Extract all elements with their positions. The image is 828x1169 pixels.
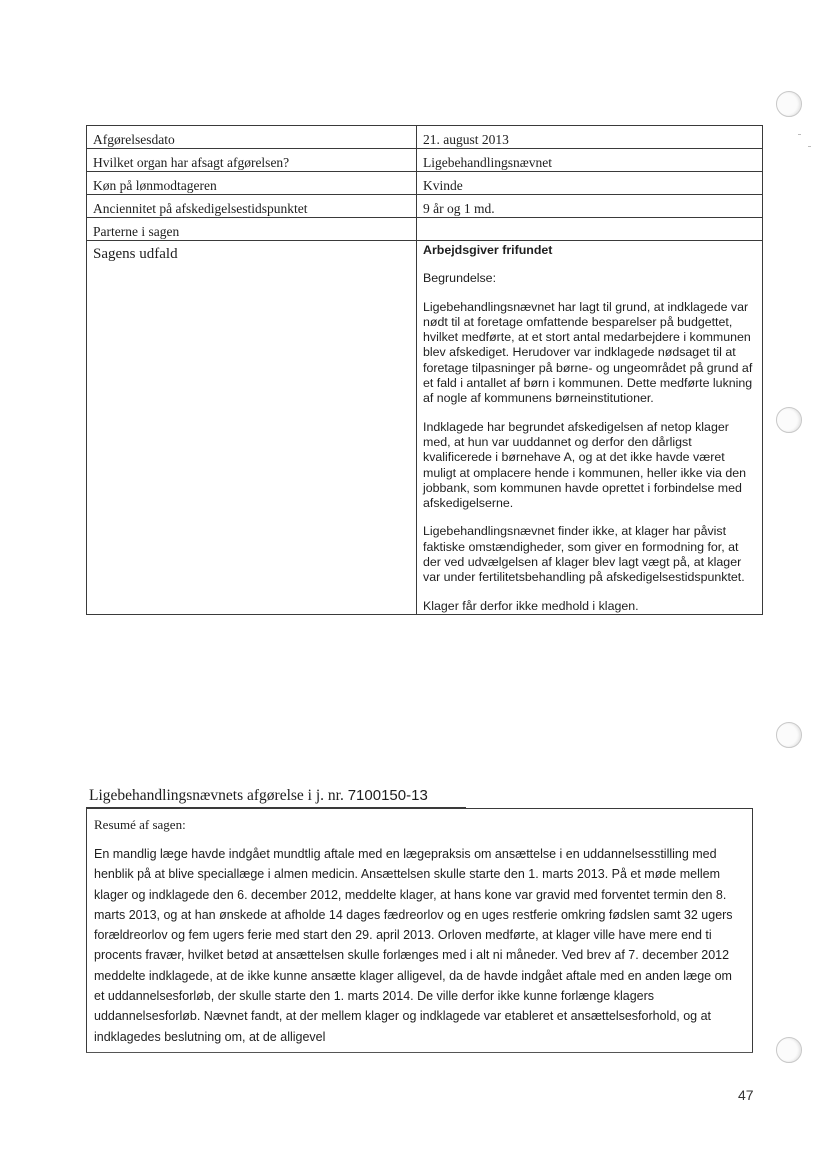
outcome-cell: Arbejdsgiver frifundet Begrundelse: Lige…	[417, 241, 763, 615]
reason-paragraph: Indklagede har begrundet afskedigelsen a…	[423, 420, 754, 512]
row-value: Ligebehandlingsnævnet	[417, 149, 763, 172]
row-value: 21. august 2013	[417, 126, 763, 149]
outcome-headline: Arbejdsgiver frifundet	[423, 243, 754, 258]
page-number: 47	[738, 1087, 754, 1103]
conclusion: Klager får derfor ikke medhold i klagen.	[423, 599, 754, 614]
row-label: Hvilket organ har afsagt afgørelsen?	[87, 149, 417, 172]
reason-paragraph: Ligebehandlingsnævnet har lagt til grund…	[423, 300, 754, 407]
row-value: Kvinde	[417, 172, 763, 195]
reason-label: Begrundelse:	[423, 271, 754, 286]
row-label: Parterne i sagen	[87, 218, 417, 241]
case-number: 7100150-13	[348, 787, 428, 804]
section-title: Ligebehandlingsnævnets afgørelse i j. nr…	[89, 787, 428, 805]
table-row: Anciennitet på afskedigelsestidspunktet …	[87, 195, 763, 218]
punch-hole	[776, 407, 802, 433]
row-value: 9 år og 1 md.	[417, 195, 763, 218]
table-row: Afgørelsesdato 21. august 2013	[87, 126, 763, 149]
punch-hole	[776, 1037, 802, 1063]
table-row: Køn på lønmodtageren Kvinde	[87, 172, 763, 195]
section-title-prefix: Ligebehandlingsnævnets afgørelse i j. nr…	[89, 787, 348, 804]
resume-heading: Resumé af sagen:	[94, 817, 745, 833]
table-row: Hvilket organ har afsagt afgørelsen? Lig…	[87, 149, 763, 172]
resume-box-bottom-border	[86, 1052, 753, 1053]
punch-hole	[776, 91, 802, 117]
resume-text: En mandlig læge havde indgået mundtlig a…	[94, 844, 745, 1047]
scan-speck	[808, 146, 811, 147]
punch-hole	[776, 722, 802, 748]
row-label: Køn på lønmodtageren	[87, 172, 417, 195]
resume-box: Resumé af sagen: En mandlig læge havde i…	[86, 808, 753, 1052]
case-info-table: Afgørelsesdato 21. august 2013 Hvilket o…	[86, 125, 763, 615]
row-label: Afgørelsesdato	[87, 126, 417, 149]
outcome-row: Sagens udfald Arbejdsgiver frifundet Beg…	[87, 241, 763, 615]
reason-paragraph: Ligebehandlingsnævnet finder ikke, at kl…	[423, 524, 754, 585]
row-value	[417, 218, 763, 241]
table-row: Parterne i sagen	[87, 218, 763, 241]
outcome-label: Sagens udfald	[87, 241, 417, 615]
row-label: Anciennitet på afskedigelsestidspunktet	[87, 195, 417, 218]
scan-speck	[798, 134, 801, 135]
